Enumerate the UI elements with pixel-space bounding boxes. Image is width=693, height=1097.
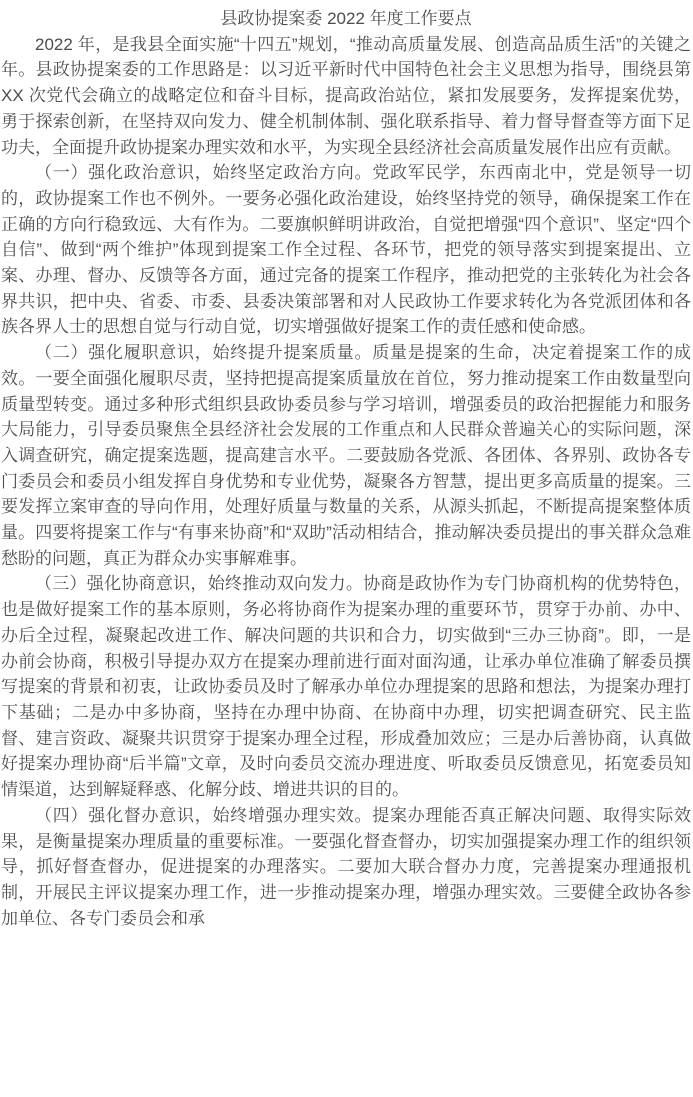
paragraph-section-2-proposal-quality: （二）强化履职意识，始终提升提案质量。质量是提案的生命，决定着提案工作的成效。一… [1, 340, 691, 571]
paragraph-section-4-supervision: （四）强化督办意识，始终增强办理实效。提案办理能否真正解决问题、取得实际效果，是… [1, 803, 691, 932]
paragraph-section-3-consultation: （三）强化协商意识，始终推动双向发力。协商是政协作为专门协商机构的优势特色，也是… [1, 571, 691, 802]
paragraph-intro: 2022 年，是我县全面实施“十四五”规划，“推动高质量发展、创造高品质生活”的… [1, 32, 691, 161]
paragraph-section-1-political-awareness: （一）强化政治意识，始终坚定政治方向。党政军民学，东西南北中，党是领导一切的，政… [1, 160, 691, 340]
document-page: 县政协提案委 2022 年度工作要点 2022 年，是我县全面实施“十四五”规划… [0, 0, 693, 1097]
document-title: 县政协提案委 2022 年度工作要点 [1, 6, 691, 32]
